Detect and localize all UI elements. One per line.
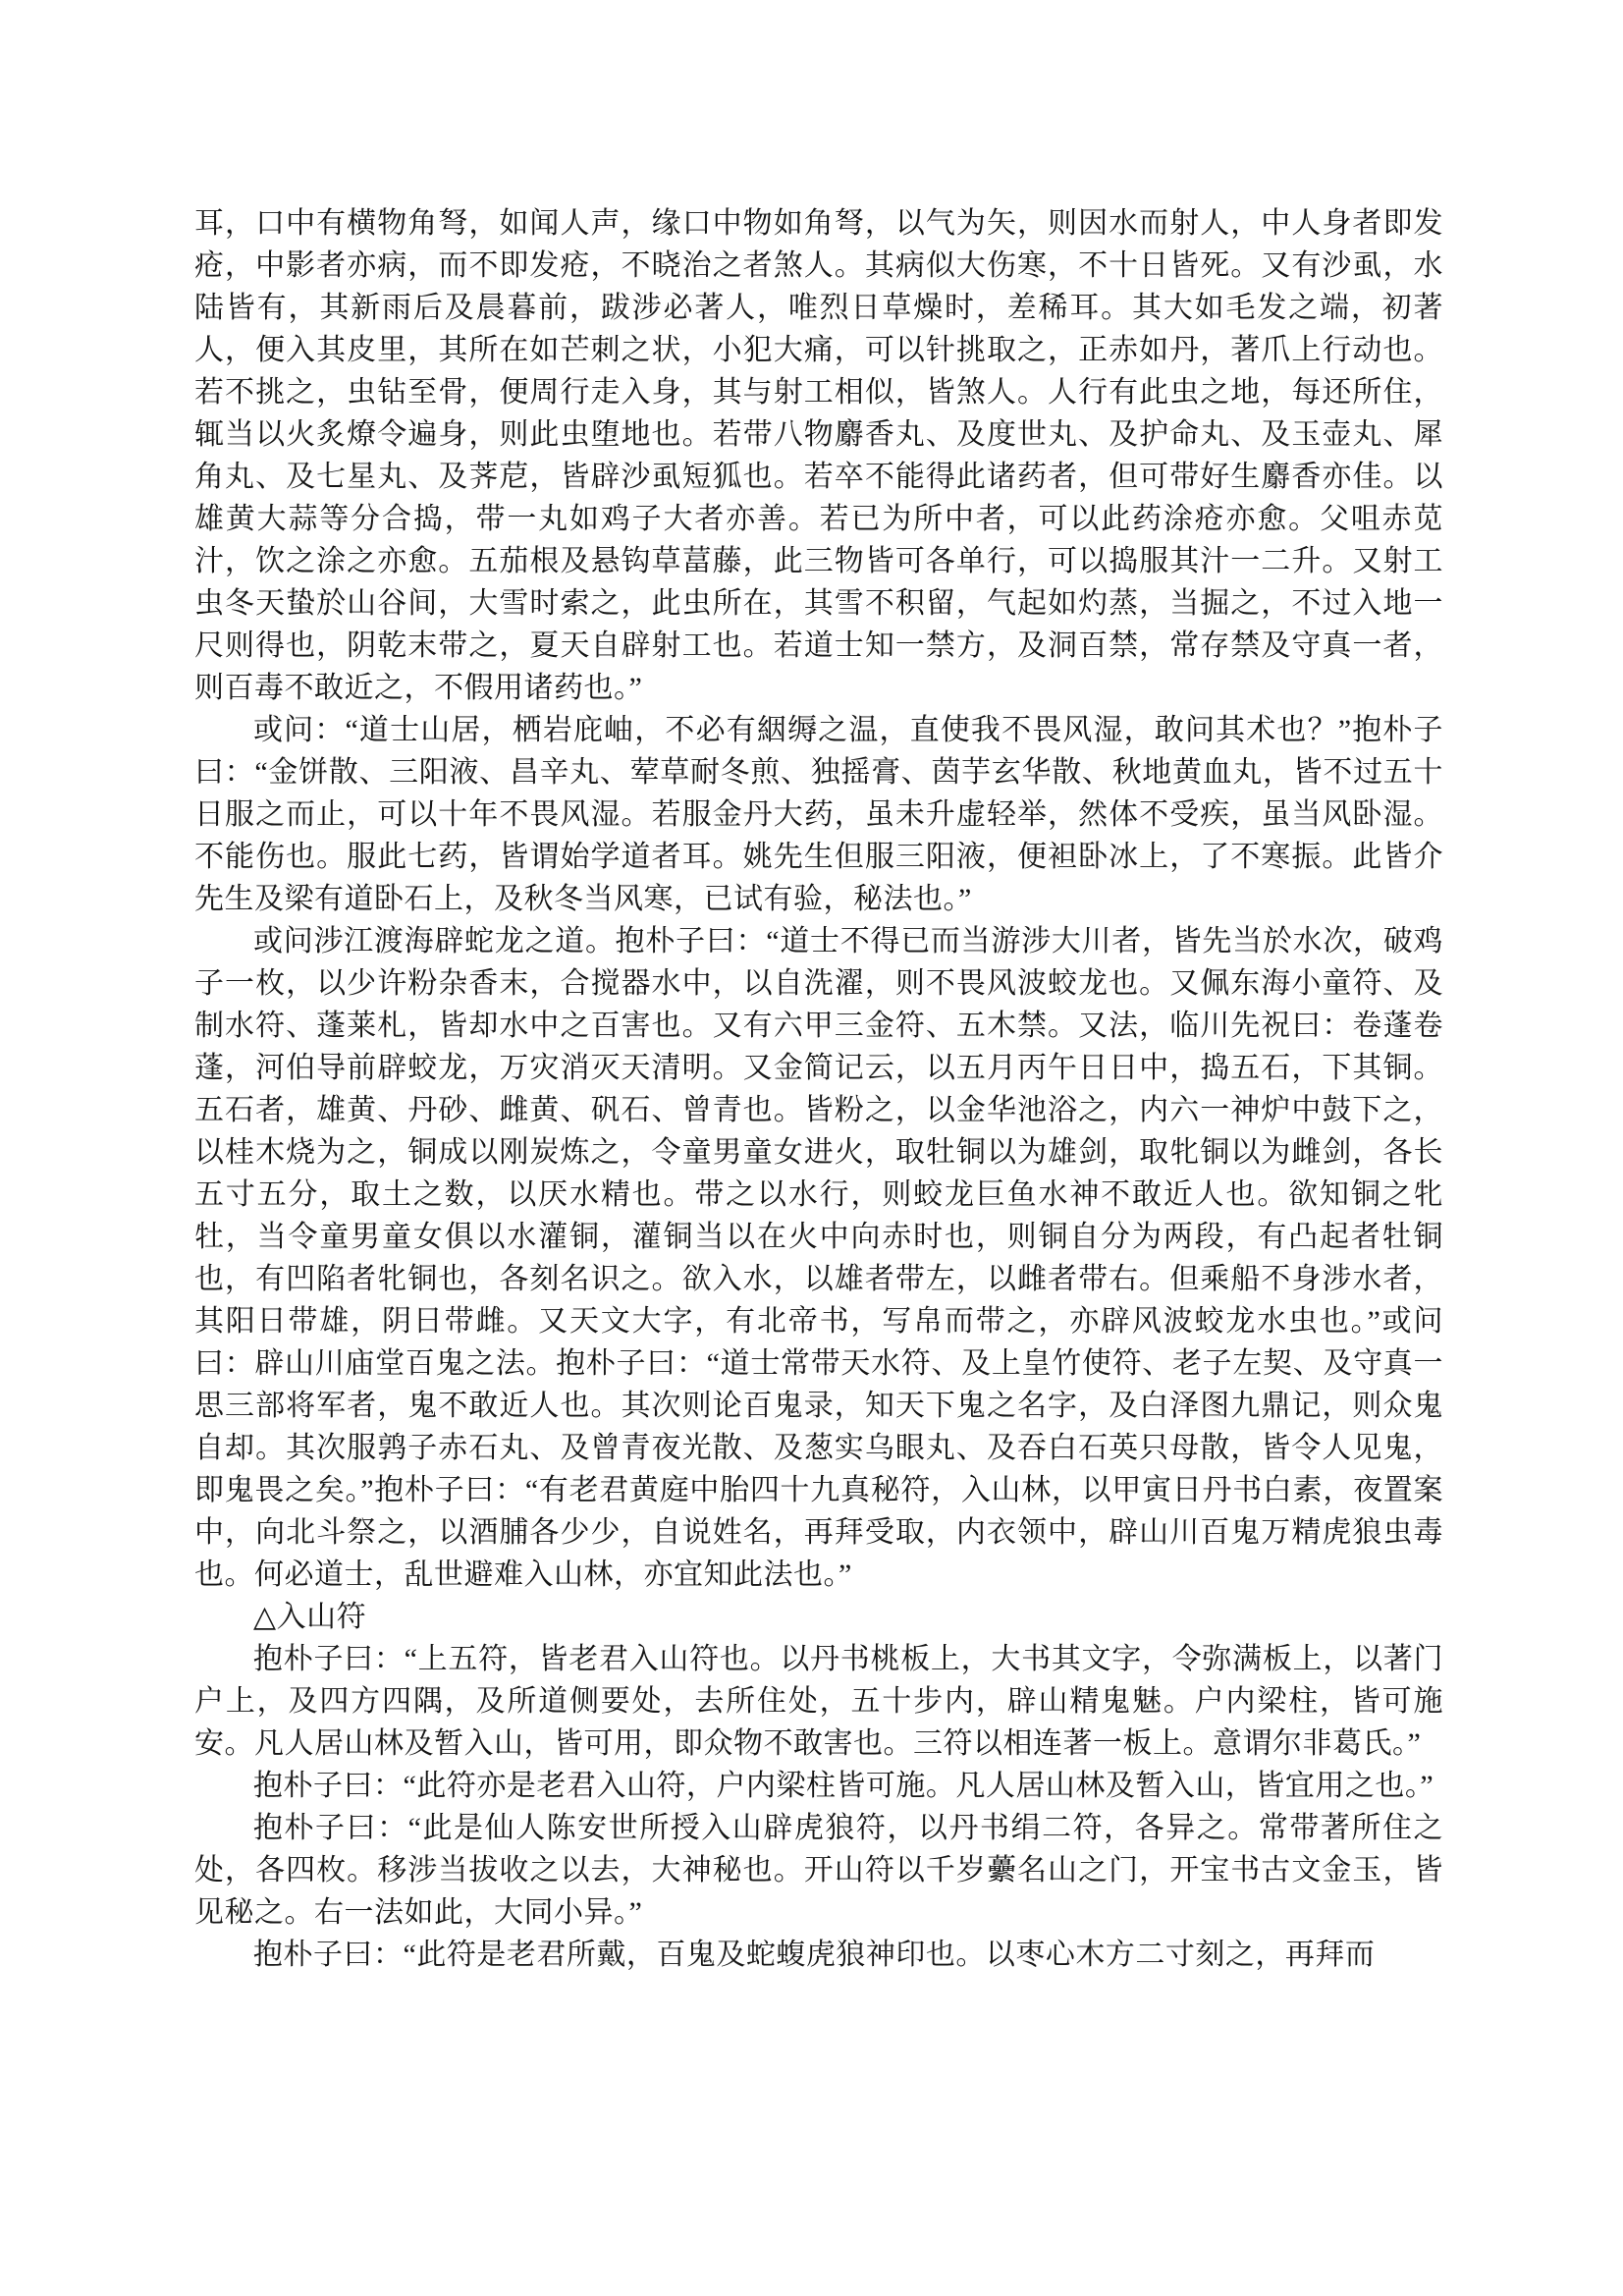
paragraph: 或问：“道士山居，栖岩庇岫，不必有絪缛之温，直使我不畏风湿，敢问其术也？”抱朴子… (194, 709, 1443, 920)
text-block: 耳，口中有横物角弩，如闻人声，缘口中物如角弩，以气为矢，则因水而射人，中人身者即… (194, 202, 1443, 1976)
section-heading: △入山符 (194, 1596, 1443, 1638)
paragraph: 抱朴子曰：“此是仙人陈安世所授入山辟虎狼符，以丹书绢二符，各异之。常带著所住之处… (194, 1807, 1443, 1934)
paragraph: 抱朴子曰：“上五符，皆老君入山符也。以丹书桃板上，大书其文字，令弥满板上，以著门… (194, 1638, 1443, 1765)
paragraph: 或问涉江渡海辟蛇龙之道。抱朴子曰：“道士不得已而当游涉大川者，皆先当於水次，破鸡… (194, 920, 1443, 1596)
document-page: 耳，口中有横物角弩，如闻人声，缘口中物如角弩，以气为矢，则因水而射人，中人身者即… (0, 0, 1623, 2296)
paragraph: 耳，口中有横物角弩，如闻人声，缘口中物如角弩，以气为矢，则因水而射人，中人身者即… (194, 202, 1443, 709)
paragraph: 抱朴子曰：“此符是老君所戴，百鬼及蛇蝮虎狼神印也。以枣心木方二寸刻之，再拜而 (194, 1934, 1443, 1976)
paragraph: 抱朴子曰：“此符亦是老君入山符，户内梁柱皆可施。凡人居山林及暂入山，皆宜用之也。… (194, 1765, 1443, 1807)
